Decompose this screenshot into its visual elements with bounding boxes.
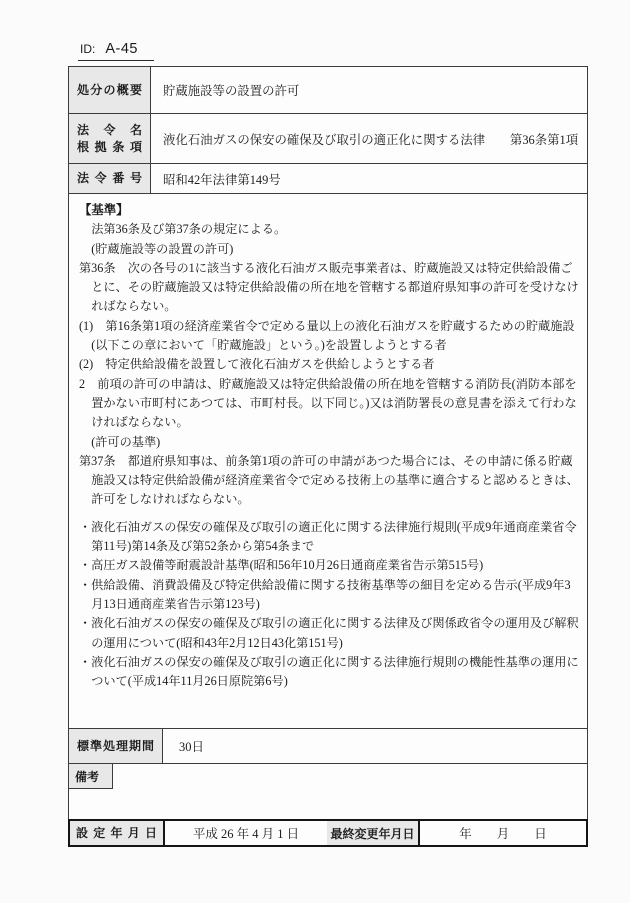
kijun-line: (以下この章において「貯蔵施設」という。)を設置しようとする者: [79, 336, 583, 355]
kijun-line: (2) 特定供給設備を設置して液化石油ガスを供給しようとする者: [79, 355, 583, 374]
kijun-line: 許可をしなければならない。: [79, 490, 583, 509]
kijun-line: ・液化石油ガスの保安の確保及び取引の適正化に関する法律及び関係政省令の運用及び解…: [79, 614, 583, 633]
kijun-line: 第36条 次の各号の1に該当する液化石油ガス販売事業者は、貯蔵施設又は特定供給設…: [79, 259, 583, 278]
kijun-line: (貯蔵施設等の設置の許可): [79, 240, 583, 259]
kijun-line: 施設又は特定供給設備が経済産業省令で定める技術上の基準に適合すると認めるときは、: [79, 471, 583, 490]
row-shobun-gaiyo: 処分の概要 貯蔵施設等の設置の許可: [69, 67, 587, 113]
label-biko: 備考: [69, 764, 113, 789]
row-horei-bango: 法 令 番 号 昭和42年法律第149号: [69, 163, 587, 193]
kijun-line: (許可の基準): [79, 433, 583, 452]
kijun-line: の運用について(昭和43年2月12日43化第151号): [79, 634, 583, 653]
row-shori-kikan: 標準処理期間 30日: [69, 728, 587, 763]
label-horei-bango: 法 令 番 号: [69, 164, 151, 193]
value-horei-bango: 昭和42年法律第149号: [151, 164, 587, 193]
kijun-cell: 【基準】法第36条及び第37条の規定による。(貯蔵施設等の設置の許可)第36条 …: [69, 193, 587, 728]
value-horei-mei: 液化石油ガスの保安の確保及び取引の適正化に関する法律 第36条第1項: [151, 114, 587, 163]
main-table: 処分の概要 貯蔵施設等の設置の許可 法 令 名 根 拠 条 項 液化石油ガスの保…: [68, 66, 588, 847]
label-shobun-gaiyo: 処分の概要: [69, 67, 151, 113]
kijun-line: ・高圧ガス設備等耐震設計基準(昭和56年10月26日通商産業省告示第515号): [79, 556, 583, 575]
kijun-line: ・液化石油ガスの保安の確保及び取引の適正化に関する法律施行規則(平成9年通商産業…: [79, 518, 583, 537]
kijun-line: ればならない。: [79, 297, 583, 316]
id-label: ID:: [80, 42, 95, 56]
kijun-line: 【基準】: [79, 201, 583, 220]
kijun-line: 月13日通商産業省告示第123号): [79, 595, 583, 614]
kijun-line: ついて(平成14年11月26日原院第6号): [79, 672, 583, 691]
document-id: ID:A-45: [78, 40, 154, 61]
kijun-line: 置かない市町村にあつては、市町村長。以下同じ。)又は消防署長の意見書を添えて行わ…: [79, 394, 583, 413]
label-settei-nengappi: 設 定 年 月 日: [70, 821, 165, 845]
kijun-line: ければならない。: [79, 413, 583, 432]
kijun-lines: 【基準】法第36条及び第37条の規定による。(貯蔵施設等の設置の許可)第36条 …: [79, 201, 583, 728]
label-shori-kikan: 標準処理期間: [69, 729, 163, 763]
label-horei-mei: 法 令 名 根 拠 条 項: [69, 114, 151, 163]
id-value: A-45: [105, 41, 138, 57]
value-shori-kikan: 30日: [163, 729, 587, 763]
kijun-line: 第37条 都道府県知事は、前条第1項の許可の申請があつた場合には、その申請に係る…: [79, 452, 583, 471]
kijun-line: とに、その貯蔵施設又は特定供給設備の所在地を管轄する都道府県知事の許可を受けなけ: [79, 278, 583, 297]
label-saishu-henko: 最終変更年月日: [327, 821, 420, 845]
kijun-spacer: [79, 510, 583, 518]
kijun-line: 2 前項の許可の申請は、貯蔵施設又は特定供給設備の所在地を管轄する消防長(消防本…: [79, 375, 583, 394]
kijun-line: ・供給設備、消費設備及び特定供給設備に関する技術基準等の細目を定める告示(平成9…: [79, 576, 583, 595]
kijun-line: 第11号)第14条及び第52条から第54条まで: [79, 537, 583, 556]
row-biko: 備考: [69, 763, 587, 819]
row-horei-mei: 法 令 名 根 拠 条 項 液化石油ガスの保安の確保及び取引の適正化に関する法律…: [69, 113, 587, 163]
value-settei-nengappi: 平成 26 年 4 月 1 日: [165, 821, 327, 845]
row-settei-nengappi: 設 定 年 月 日 平成 26 年 4 月 1 日 最終変更年月日 年 月 日: [68, 819, 588, 847]
value-shobun-gaiyo: 貯蔵施設等の設置の許可: [151, 67, 587, 113]
kijun-line: ・液化石油ガスの保安の確保及び取引の適正化に関する法律施行規則の機能性基準の運用…: [79, 653, 583, 672]
kijun-line: 法第36条及び第37条の規定による。: [79, 220, 583, 239]
value-saishu-henko: 年 月 日: [420, 821, 586, 845]
kijun-line: (1) 第16条第1項の経済産業省令で定める量以上の液化石油ガスを貯蔵するための…: [79, 317, 583, 336]
